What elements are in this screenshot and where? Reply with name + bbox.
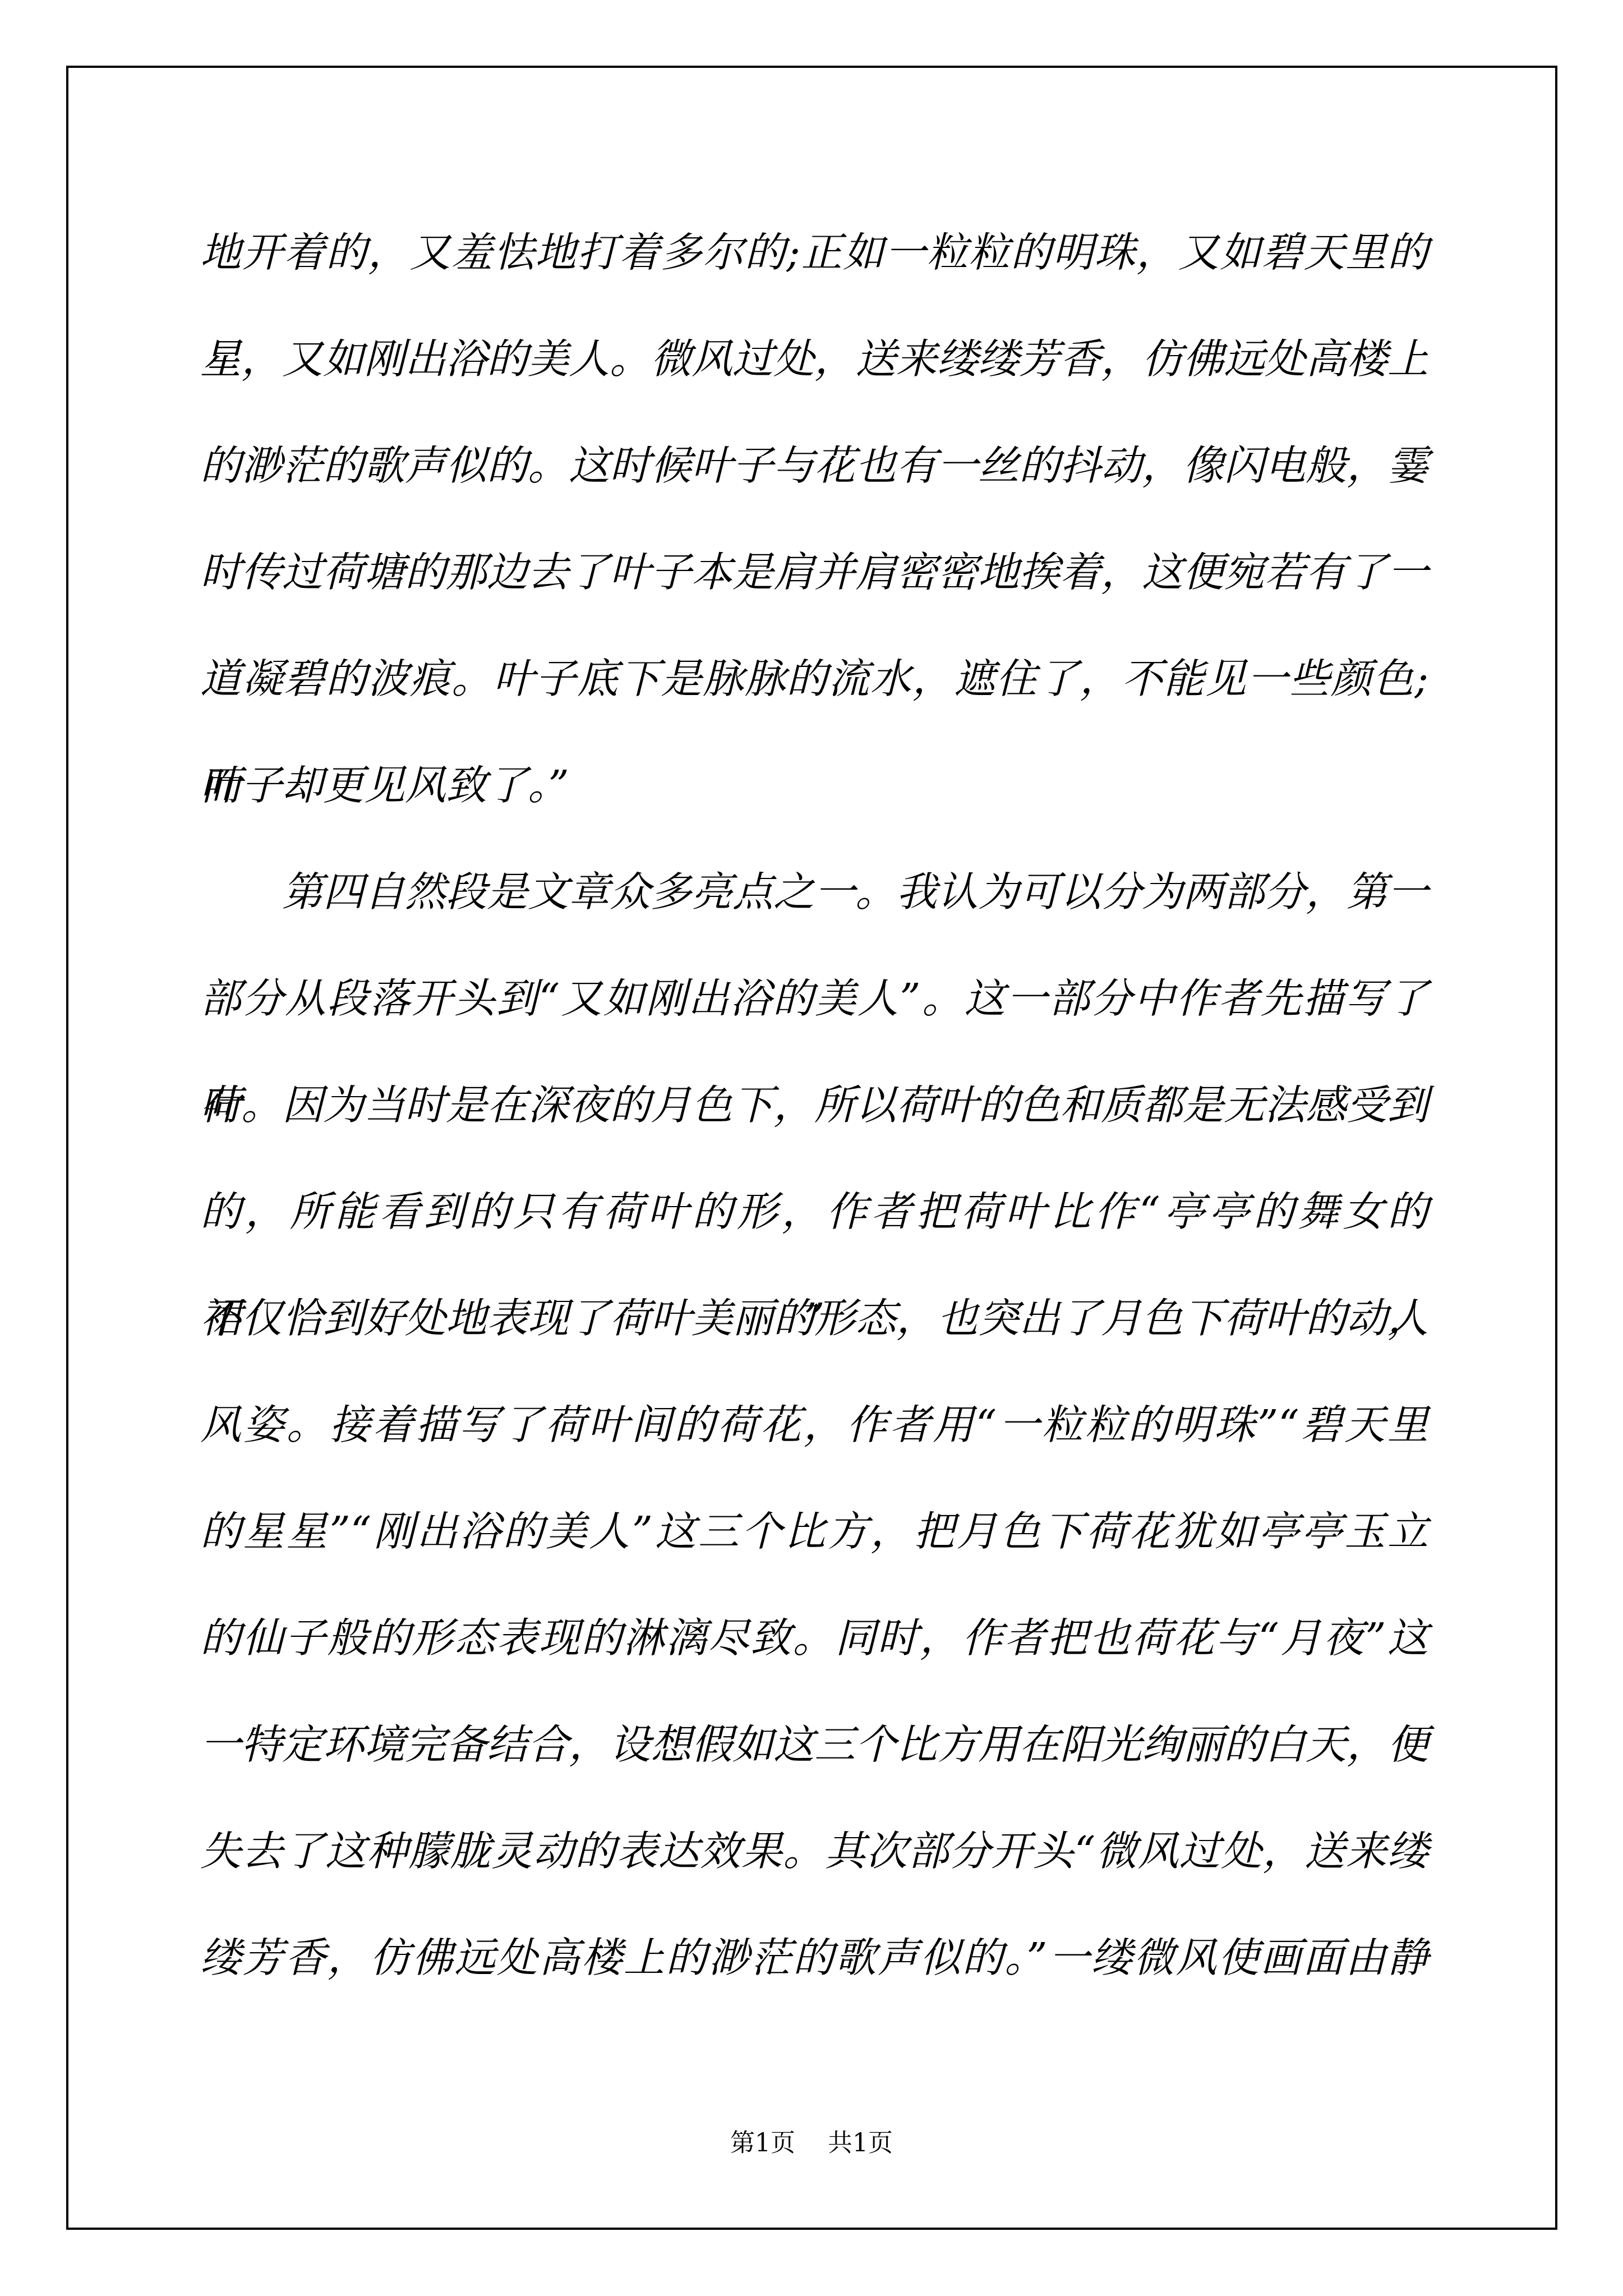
text-line: 风姿。接着描写了荷叶间的荷花，作者用“一粒粒的明珠”“碧天里 xyxy=(200,1372,1428,1479)
text-line: 缕芳香，仿佛远处高楼上的渺茫的歌声似的。”一缕微风使画面由静 xyxy=(200,1905,1428,2012)
text-line: 失去了这种朦胧灵动的表达效果。其次部分开头“微风过处，送来缕 xyxy=(200,1798,1428,1905)
text-line: 星，又如刚出浴的美人。微风过处，送来缕缕芳香，仿佛远处高楼上 xyxy=(200,306,1428,413)
text-line: 部分从段落开头到“又如刚出浴的美人”。这一部分中作者先描写了荷 xyxy=(200,946,1428,1052)
text-line: 的，所能看到的只有荷叶的形，作者把荷叶比作“亭亭的舞女的裙”， xyxy=(200,1159,1428,1266)
text-line: 道凝碧的波痕。叶子底下是脉脉的流水，遮住了，不能见一些颜色;而 xyxy=(200,626,1428,733)
text-line-paragraph-end: 叶子却更见风致了。” xyxy=(200,733,1428,839)
text-line: 的仙子般的形态表现的淋漓尽致。同时，作者把也荷花与“月夜”这 xyxy=(200,1585,1428,1692)
text-line: 的渺茫的歌声似的。这时候叶子与花也有一丝的抖动，像闪电般，霎 xyxy=(200,413,1428,519)
page-number-footer: 第1页 共1页 xyxy=(0,2130,1623,2157)
text-line: 不仅恰到好处地表现了荷叶美丽的形态，也突出了月色下荷叶的动人 xyxy=(200,1266,1428,1372)
text-line: 地开着的，又羞怯地打着多尔的;正如一粒粒的明珠，又如碧天里的星 xyxy=(200,200,1428,306)
text-line: 一特定环境完备结合，设想假如这三个比方用在阳光绚丽的白天，便 xyxy=(200,1692,1428,1798)
text-line: 的星星”“刚出浴的美人”这三个比方，把月色下荷花犹如亭亭玉立 xyxy=(200,1479,1428,1585)
text-line: 叶。因为当时是在深夜的月色下，所以荷叶的色和质都是无法感受到 xyxy=(200,1052,1428,1159)
text-line: 时传过荷塘的那边去了叶子本是肩并肩密密地挨着，这便宛若有了一 xyxy=(200,519,1428,626)
document-body: 地开着的，又羞怯地打着多尔的;正如一粒粒的明珠，又如碧天里的星 星，又如刚出浴的… xyxy=(200,200,1428,2012)
text-line-paragraph-start: 第四自然段是文章众多亮点之一。我认为可以分为两部分，第一 xyxy=(200,839,1428,946)
